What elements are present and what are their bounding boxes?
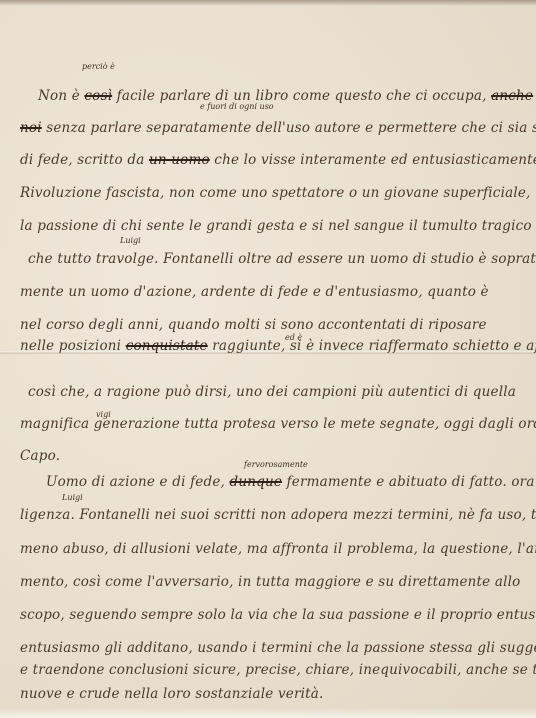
- struck-word: dunque: [230, 474, 283, 490]
- interlinear-note: fervorosamente: [244, 460, 308, 469]
- manuscript-line: così che, a ragione può dirsi, uno dei c…: [28, 384, 516, 400]
- manuscript-line: nelle posizioni conquistate raggiunte, s…: [20, 338, 536, 354]
- line-text: facile parlare di un libro come questo c…: [112, 88, 491, 104]
- manuscript-line: meno abuso, di allusioni velate, ma affr…: [20, 541, 536, 557]
- manuscript-line: mente un uomo d'azione, ardente di fede …: [20, 284, 489, 300]
- manuscript-line: che tutto travolge. Fontanelli oltre ad …: [28, 251, 536, 267]
- struck-word: anche: [491, 88, 533, 104]
- line-text: Uomo di azione e di fede,: [46, 474, 230, 490]
- line-text: Non è: [38, 88, 84, 104]
- line-text: scopo, seguendo sempre solo la via che l…: [20, 607, 536, 623]
- struck-word: così: [84, 88, 112, 104]
- line-text: e traendone conclusioni sicure, precise,…: [20, 662, 536, 678]
- line-text: ligenza. Fontanelli nei suoi scritti non…: [20, 507, 536, 523]
- line-text: nuove e crude nella loro sostanziale ver…: [20, 686, 324, 702]
- line-text: che tutto travolge. Fontanelli oltre ad …: [28, 251, 536, 267]
- manuscript-line: Capo.: [20, 448, 60, 464]
- line-text: senza parlare separatamente dell'uso aut…: [42, 120, 536, 136]
- manuscript-line: magnifica generazione tutta protesa vers…: [20, 416, 536, 432]
- manuscript-line: Uomo di azione e di fede, dunque fermame…: [46, 474, 536, 490]
- manuscript-line: ligenza. Fontanelli nei suoi scritti non…: [20, 507, 536, 523]
- manuscript-page: perciò è e fuori di ogni uso Luigi ed è …: [0, 0, 536, 718]
- paper-bottom-edge: [0, 708, 536, 718]
- line-text: mente un uomo d'azione, ardente di fede …: [20, 284, 489, 300]
- line-text: la passione di chi sente le grandi gesta…: [20, 218, 532, 234]
- line-text: nel corso degli anni, quando molti si so…: [20, 317, 487, 333]
- manuscript-line: scopo, seguendo sempre solo la via che l…: [20, 607, 536, 623]
- manuscript-line: nel corso degli anni, quando molti si so…: [20, 317, 487, 333]
- manuscript-line: Non è così facile parlare di un libro co…: [38, 88, 533, 104]
- interlinear-note: perciò è: [82, 62, 115, 71]
- line-text: meno abuso, di allusioni velate, ma affr…: [20, 541, 536, 557]
- line-text: raggiunte, si è invece riaffermato schie…: [208, 338, 536, 354]
- interlinear-note: Luigi: [120, 236, 141, 245]
- struck-word: noi: [20, 120, 42, 136]
- line-text: magnifica generazione tutta protesa vers…: [20, 416, 536, 432]
- manuscript-line: di fede, scritto da un uomo che lo visse…: [20, 152, 536, 168]
- line-text: Rivoluzione fascista, non come uno spett…: [20, 185, 536, 201]
- line-text: così che, a ragione può dirsi, uno dei c…: [28, 384, 516, 400]
- line-text: di fede, scritto da: [20, 152, 149, 168]
- line-text: Capo.: [20, 448, 60, 464]
- line-text: nelle posizioni: [20, 338, 126, 354]
- line-text: che lo visse interamente ed entusiastica…: [210, 152, 536, 168]
- line-text: fermamente e abituato di fatto. ora acci…: [282, 474, 536, 490]
- manuscript-line: mento, così come l'avversario, in tutta …: [20, 574, 520, 590]
- manuscript-line: noi senza parlare separatamente dell'uso…: [20, 120, 536, 136]
- struck-word: un uomo: [149, 152, 210, 168]
- interlinear-note: Luigi: [62, 493, 83, 502]
- struck-word: conquistate: [126, 338, 208, 354]
- manuscript-line: entusiasmo gli additano, usando i termin…: [20, 640, 536, 656]
- line-text: entusiasmo gli additano, usando i termin…: [20, 640, 536, 656]
- manuscript-line: la passione di chi sente le grandi gesta…: [20, 218, 532, 234]
- manuscript-line: Rivoluzione fascista, non come uno spett…: [20, 185, 536, 201]
- line-text: mento, così come l'avversario, in tutta …: [20, 574, 520, 590]
- manuscript-line: nuove e crude nella loro sostanziale ver…: [20, 686, 324, 702]
- manuscript-line: e traendone conclusioni sicure, precise,…: [20, 662, 536, 678]
